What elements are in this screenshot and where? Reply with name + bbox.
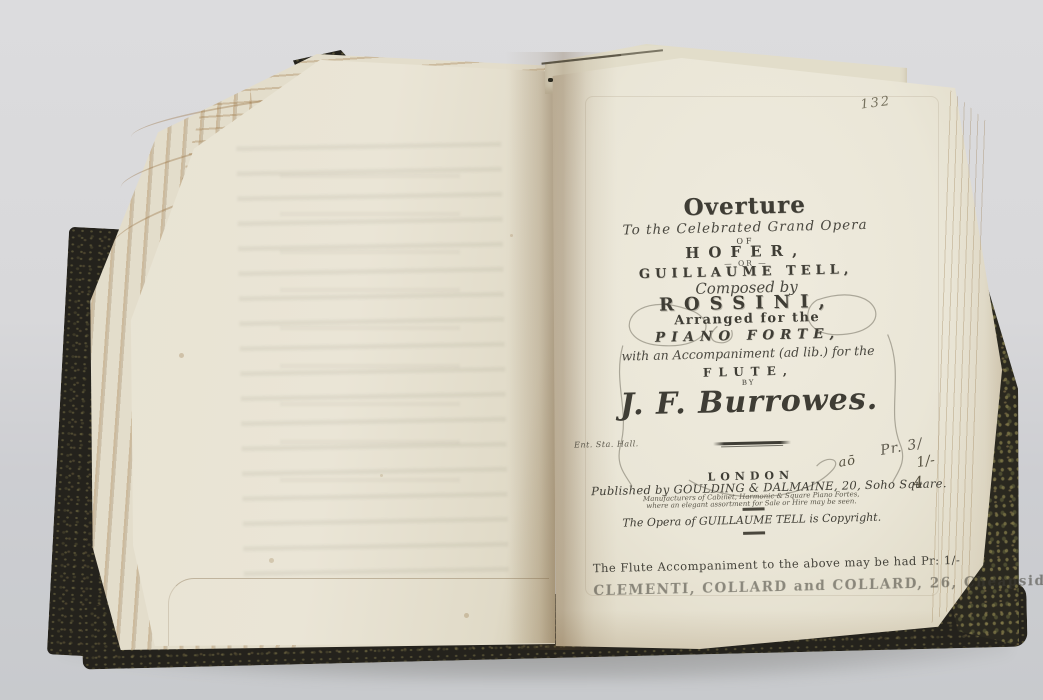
left-page-showthrough-text bbox=[280, 174, 460, 504]
entered-stationers-hall-note: Ent. Sta. Hall. bbox=[574, 439, 639, 449]
title-author: J. F. Burrowes. bbox=[589, 381, 910, 423]
foxing-spots bbox=[120, 54, 123, 57]
engraved-rule bbox=[713, 441, 791, 446]
flute-accompaniment-note: The Flute Accompaniment to the above may… bbox=[593, 554, 913, 575]
handwritten-page-number: 132 bbox=[860, 94, 892, 113]
engraved-rule-small bbox=[743, 507, 765, 510]
handwritten-price: 1/- bbox=[915, 452, 936, 471]
seller-imprint: CLEMENTI, COLLARD and COLLARD, 26, Cheap… bbox=[593, 576, 913, 599]
engraved-title-page: 132 Overture To the Celebrated Grand Ope… bbox=[541, 47, 1014, 657]
photo-of-antique-music-book: 132 Overture To the Celebrated Grand Ope… bbox=[0, 0, 1043, 700]
imprint-copyright: The Opera of GUILLAUME TELL is Copyright… bbox=[592, 510, 912, 530]
engraved-rule-small bbox=[743, 531, 765, 534]
